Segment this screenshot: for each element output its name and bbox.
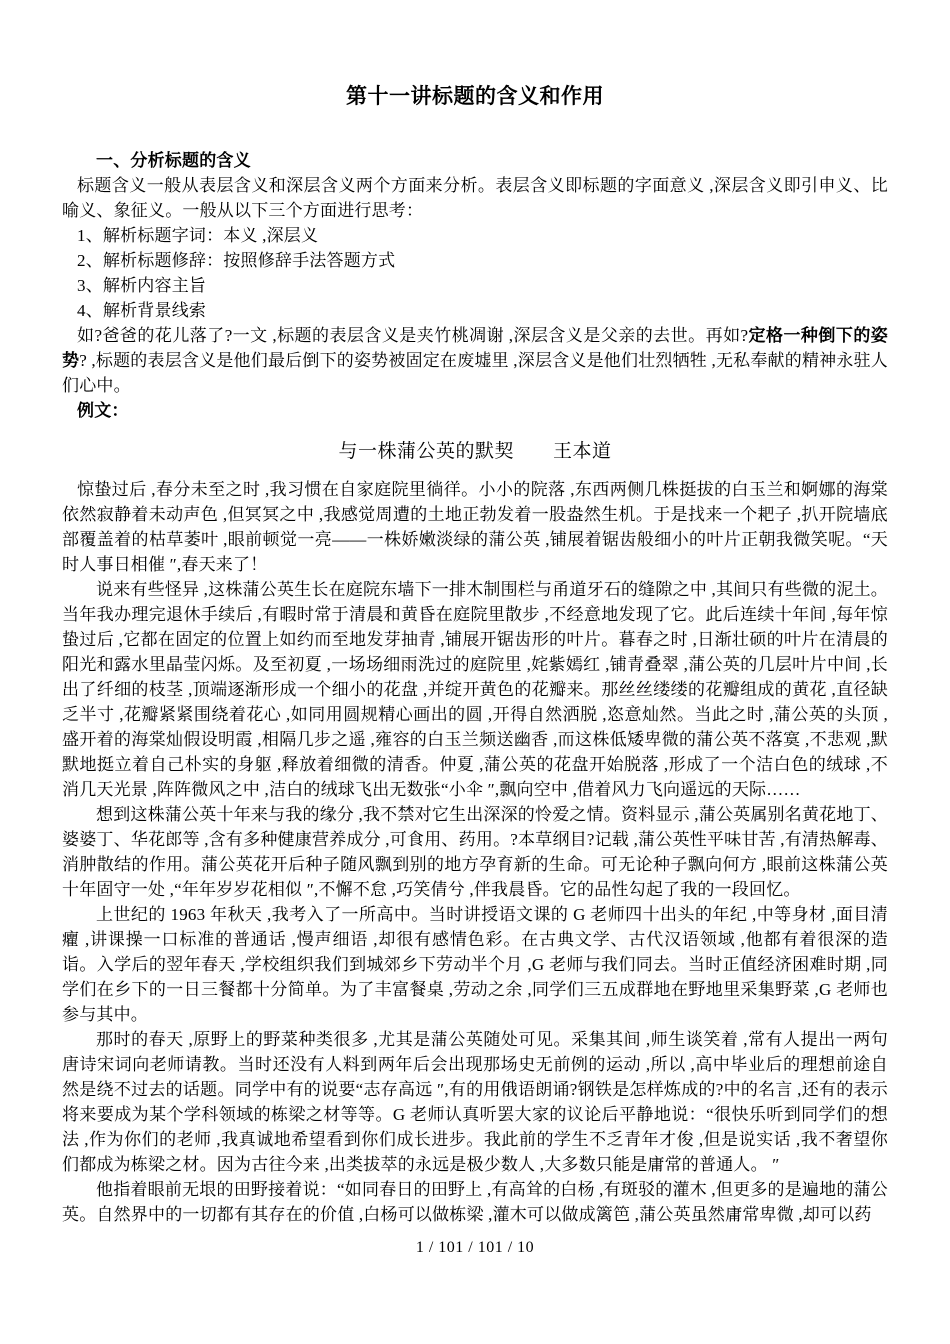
essay-paragraph-6: 他指着眼前无垠的田野接着说：“如同春日的田野上 ,有高耸的白杨 ,有斑驳的灌木 … xyxy=(62,1177,888,1227)
page-number: 1 / 101 / 101 / 10 xyxy=(62,1235,888,1260)
essay-title: 与一株蒲公英的默契 王本道 xyxy=(62,437,888,467)
example-analysis: 如?爸爸的花儿落了?一文 ,标题的表层含义是夹竹桃凋谢 ,深层含义是父亲的去世。… xyxy=(62,323,888,398)
example-text-post: ? ,标题的表层含义是他们最后倒下的姿势被固定在废墟里 ,深层含义是他们壮烈牺牲… xyxy=(62,351,888,395)
example-text-pre: 如?爸爸的花儿落了?一文 ,标题的表层含义是夹竹桃凋谢 ,深层含义是父亲的去世。… xyxy=(77,326,748,345)
essay-paragraph-4: 上世纪的 1963 年秋天 ,我考入了一所高中。当时讲授语文课的 G 老师四十出… xyxy=(62,902,888,1027)
document-page: 第十一讲标题的含义和作用 一、分析标题的含义 标题含义一般从表层含义和深层含义两… xyxy=(0,0,950,1344)
list-item-2: 2、解析标题修辞：按照修辞手法答题方式 xyxy=(62,248,888,273)
essay-paragraph-1: 惊蛰过后 ,春分未至之时 ,我习惯在自家庭院里徜徉。小小的院落 ,东西两侧几株挺… xyxy=(62,477,888,577)
section-heading: 一、分析标题的含义 xyxy=(62,148,888,173)
list-item-3: 3、解析内容主旨 xyxy=(62,273,888,298)
essay-paragraph-5: 那时的春天 ,原野上的野菜种类很多 ,尤其是蒲公英随处可见。采集其间 ,师生谈笑… xyxy=(62,1027,888,1177)
list-item-1: 1、解析标题字词：本义 ,深层义 xyxy=(62,223,888,248)
document-title: 第十一讲标题的含义和作用 xyxy=(62,84,888,110)
list-item-4: 4、解析背景线索 xyxy=(62,298,888,323)
section-intro: 标题含义一般从表层含义和深层含义两个方面来分析。表层含义即标题的字面意义 ,深层… xyxy=(62,173,888,223)
essay-paragraph-2: 说来有些怪异 ,这株蒲公英生长在庭院东墙下一排木制围栏与甬道牙石的缝隙之中 ,其… xyxy=(62,577,888,802)
example-label: 例文： xyxy=(62,398,888,423)
essay-paragraph-3: 想到这株蒲公英十年来与我的缘分 ,我不禁对它生出深深的怜爱之情。资料显示 ,蒲公… xyxy=(62,802,888,902)
